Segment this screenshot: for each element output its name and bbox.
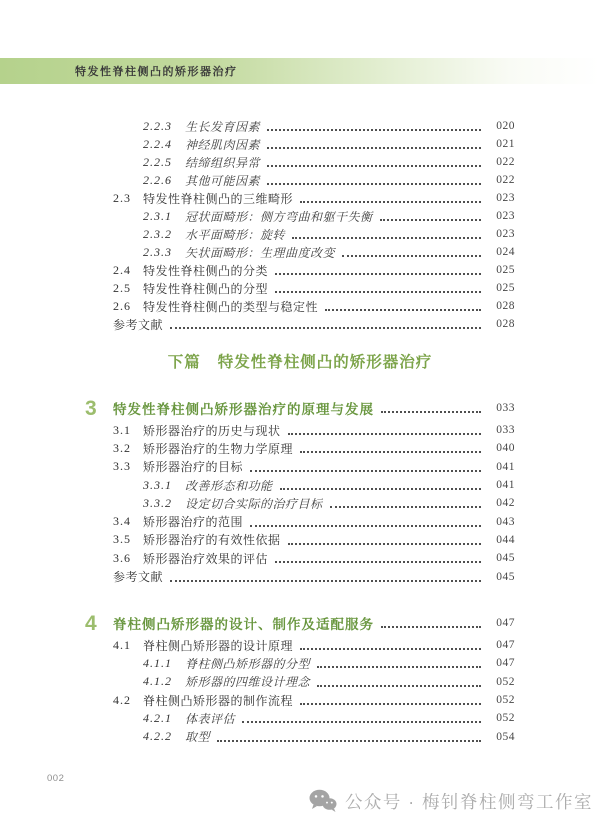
toc-entry-number: 4.1 [113, 638, 143, 653]
dot-leader [275, 265, 481, 275]
chapter-title: 脊柱侧凸矫形器的设计、制作及适配服务 [113, 613, 374, 633]
toc-entry-title: 水平面畸形：旋转 [185, 226, 285, 243]
toc-entry-title: 脊柱侧凸矫形器的设计原理 [143, 637, 293, 654]
part-title-text: 特发性脊柱侧凸的矫形器治疗 [218, 354, 433, 371]
dot-leader [292, 229, 481, 239]
dot-leader [381, 618, 481, 628]
toc-entry-page: 041 [485, 479, 515, 491]
dot-leader [288, 425, 481, 435]
toc-entry-page: 047 [485, 657, 515, 669]
dot-leader [242, 713, 481, 723]
toc-entry: 2.3.3 矢状面畸形：生理曲度改变 024 [113, 243, 515, 261]
dot-leader [275, 553, 481, 563]
toc-entry-number: 4.1.2 [143, 674, 185, 689]
toc-entry-title: 脊柱侧凸矫形器的分型 [185, 655, 310, 672]
chapter-4-entries: 4.1 脊柱侧凸矫形器的设计原理 047 4.1.1 脊柱侧凸矫形器的分型 04… [113, 636, 515, 746]
toc-entry: 4.1 脊柱侧凸矫形器的设计原理 047 [113, 636, 515, 654]
chapter-3-block: 3 特发性脊柱侧凸矫形器治疗的原理与发展 033 3.1 矫形器治疗的历史与现状… [85, 395, 515, 586]
toc-entry-page: 052 [485, 694, 515, 706]
dot-leader [280, 480, 481, 490]
toc-entry: 2.3 特发性脊柱侧凸的三维畸形 023 [113, 189, 515, 207]
toc-entry-title: 脊柱侧凸矫形器的制作流程 [143, 692, 293, 709]
toc-entry: 3.3.1 改善形态和功能 041 [113, 476, 515, 494]
toc-entry-page: 023 [485, 228, 515, 240]
toc-entry-number: 3.6 [113, 551, 143, 566]
dot-leader [317, 677, 481, 687]
toc-entry-title: 矢状面畸形：生理曲度改变 [185, 244, 335, 261]
dot-leader [380, 211, 481, 221]
toc-entry-number: 2.2.3 [143, 119, 185, 134]
toc-entry-page: 028 [485, 318, 515, 330]
toc-entry-number: 2.6 [113, 299, 143, 314]
toc-upper-section: 2.2.3 生长发育因素 020 2.2.4 神经肌肉因素 021 2.2.5 … [113, 117, 515, 333]
toc-entry-number: 3.3.2 [143, 496, 185, 511]
dot-leader [267, 175, 481, 185]
toc-entry-title: 特发性脊柱侧凸的三维畸形 [143, 190, 293, 207]
toc-entry-number: 3.4 [113, 514, 143, 529]
toc-entry-page: 021 [485, 138, 515, 150]
part-divider-title: 下篇特发性脊柱侧凸的矫形器治疗 [85, 350, 515, 372]
toc-entry: 3.5 矫形器治疗的有效性依据 044 [113, 531, 515, 549]
toc-entry-page: 044 [485, 534, 515, 546]
toc-entry-title: 矫形器治疗的范围 [143, 513, 243, 530]
dot-leader [325, 301, 481, 311]
toc-entry-title: 其他可能因素 [185, 172, 260, 189]
chapter-heading: 4 脊柱侧凸矫形器的设计、制作及适配服务 047 [85, 610, 515, 636]
toc-entry-number: 4.2.2 [143, 729, 185, 744]
chapter-number: 3 [85, 398, 113, 419]
toc-entry-page: 033 [485, 424, 515, 436]
chapter-page: 033 [485, 402, 515, 414]
toc-entry-title: 矫形器治疗的目标 [143, 458, 243, 475]
dot-leader [342, 247, 481, 257]
dot-leader [250, 517, 481, 527]
toc-entry-number: 3.3.1 [143, 478, 185, 493]
toc-entry-number: 3.2 [113, 441, 143, 456]
toc-entry-title: 特发性脊柱侧凸的分型 [143, 280, 268, 297]
running-head-bar: 特发性脊柱侧凸的矫形器治疗 [0, 58, 600, 84]
toc-entry-number: 2.5 [113, 281, 143, 296]
chapter-title: 特发性脊柱侧凸矫形器治疗的原理与发展 [113, 398, 374, 418]
toc-entry-page: 022 [485, 156, 515, 168]
dot-leader [300, 695, 481, 705]
toc-entry-page: 028 [485, 300, 515, 312]
toc-entry: 2.3.2 水平面畸形：旋转 023 [113, 225, 515, 243]
dot-leader [217, 732, 481, 742]
dot-leader [267, 139, 481, 149]
chapter-3-entries: 3.1 矫形器治疗的历史与现状 033 3.2 矫形器治疗的生物力学原理 040… [113, 421, 515, 586]
toc-entry: 2.5 特发性脊柱侧凸的分型 025 [113, 279, 515, 297]
toc-entry: 2.3.1 冠状面畸形：侧方弯曲和躯干失衡 023 [113, 207, 515, 225]
toc-entry: 4.2.2 取型 054 [113, 727, 515, 745]
toc-entry: 3.3.2 设定切合实际的治疗目标 042 [113, 494, 515, 512]
toc-entry-number: 2.2.6 [143, 173, 185, 188]
toc-entry-page: 052 [485, 712, 515, 724]
dot-leader [381, 403, 481, 413]
toc-entry-page: 040 [485, 442, 515, 454]
toc-entry-title: 矫形器治疗的历史与现状 [143, 422, 281, 439]
toc-entry-page: 023 [485, 210, 515, 222]
toc-entry-page: 025 [485, 282, 515, 294]
toc-entry: 2.2.5 结缔组织异常 022 [113, 153, 515, 171]
toc-entry: 2.2.4 神经肌肉因素 021 [113, 135, 515, 153]
dot-leader [300, 640, 481, 650]
toc-entry-number: 4.2.1 [143, 711, 185, 726]
toc-entry-title: 矫形器治疗的生物力学原理 [143, 440, 293, 457]
toc-entry-number: 2.3 [113, 191, 143, 206]
toc-entry-title: 特发性脊柱侧凸的分类 [143, 262, 268, 279]
dot-leader [275, 283, 481, 293]
toc-entry-title: 结缔组织异常 [185, 154, 260, 171]
watermark: 公众号 · 梅钊脊柱侧弯工作室 [309, 786, 593, 816]
toc-entry-number: 2.2.4 [143, 137, 185, 152]
dot-leader [267, 157, 481, 167]
toc-entry: 2.6 特发性脊柱侧凸的类型与稳定性 028 [113, 297, 515, 315]
toc-entry: 4.2 脊柱侧凸矫形器的制作流程 052 [113, 691, 515, 709]
toc-entry-title: 矫形器治疗效果的评估 [143, 550, 268, 567]
toc-entry-title: 矫形器治疗的有效性依据 [143, 531, 281, 548]
toc-entry-page: 022 [485, 174, 515, 186]
dot-leader [330, 498, 481, 508]
chapter-4-block: 4 脊柱侧凸矫形器的设计、制作及适配服务 047 4.1 脊柱侧凸矫形器的设计原… [85, 610, 515, 746]
toc-entry-title: 冠状面畸形：侧方弯曲和躯干失衡 [185, 208, 373, 225]
toc-entry-page: 052 [485, 676, 515, 688]
toc-entry: 2.4 特发性脊柱侧凸的分类 025 [113, 261, 515, 279]
toc-entry-page: 054 [485, 731, 515, 743]
toc-entry-number: 2.3.3 [143, 245, 185, 260]
toc-entry: 2.2.6 其他可能因素 022 [113, 171, 515, 189]
toc-entry-number: 3.1 [113, 423, 143, 438]
chapter-page: 047 [485, 617, 515, 629]
toc-entry-title: 特发性脊柱侧凸的类型与稳定性 [143, 298, 318, 315]
toc-entry-page: 041 [485, 461, 515, 473]
page-number: 002 [47, 773, 64, 784]
toc-entry-number: 3.5 [113, 532, 143, 547]
part-label: 下篇 [168, 354, 201, 371]
toc-entry-page: 020 [485, 120, 515, 132]
toc-entry-title: 矫形器的四维设计理念 [185, 673, 310, 690]
toc-entry-title: 神经肌肉因素 [185, 136, 260, 153]
toc-entry: 3.1 矫形器治疗的历史与现状 033 [113, 421, 515, 439]
toc-entry-page: 024 [485, 246, 515, 258]
dot-leader [317, 658, 481, 668]
toc-entry: 参考文献 045 [113, 567, 515, 585]
toc-entry: 参考文献 028 [113, 315, 515, 333]
watermark-text: 公众号 · 梅钊脊柱侧弯工作室 [345, 789, 593, 814]
toc-entry-title: 改善形态和功能 [185, 477, 273, 494]
toc-entry: 4.1.1 脊柱侧凸矫形器的分型 047 [113, 654, 515, 672]
toc-entry-page: 045 [485, 571, 515, 583]
toc-entry-title: 设定切合实际的治疗目标 [185, 495, 323, 512]
toc-entry-title: 取型 [185, 728, 210, 745]
dot-leader [267, 121, 481, 131]
toc-entry: 4.2.1 体表评估 052 [113, 709, 515, 727]
toc-entry-number: 2.2.5 [143, 155, 185, 170]
toc-entry-title: 参考文献 [113, 316, 163, 333]
toc-entry-title: 参考文献 [113, 568, 163, 585]
toc-entry: 4.1.2 矫形器的四维设计理念 052 [113, 673, 515, 691]
toc-entry-number: 3.3 [113, 459, 143, 474]
toc-entry-page: 045 [485, 552, 515, 564]
toc-entry-page: 043 [485, 516, 515, 528]
running-head-title: 特发性脊柱侧凸的矫形器治疗 [75, 63, 238, 79]
toc-entry: 3.6 矫形器治疗效果的评估 045 [113, 549, 515, 567]
toc-entry-number: 2.3.2 [143, 227, 185, 242]
toc-entry-number: 2.4 [113, 263, 143, 278]
toc-entry-page: 025 [485, 264, 515, 276]
toc-entry-page: 023 [485, 192, 515, 204]
toc-entry-title: 体表评估 [185, 710, 235, 727]
chapter-heading: 3 特发性脊柱侧凸矫形器治疗的原理与发展 033 [85, 395, 515, 421]
dot-leader [170, 319, 481, 329]
toc-entry-title: 生长发育因素 [185, 118, 260, 135]
toc-entry: 3.4 矫形器治疗的范围 043 [113, 512, 515, 530]
chapter-number: 4 [85, 613, 113, 634]
dot-leader [300, 443, 481, 453]
dot-leader [170, 572, 481, 582]
dot-leader [250, 462, 481, 472]
toc-entry: 2.2.3 生长发育因素 020 [113, 117, 515, 135]
toc-entry: 3.3 矫形器治疗的目标 041 [113, 458, 515, 476]
dot-leader [300, 193, 481, 203]
toc-entry-page: 047 [485, 639, 515, 651]
toc-entry-number: 2.3.1 [143, 209, 185, 224]
wechat-icon [309, 789, 337, 813]
dot-leader [288, 535, 481, 545]
toc-entry-number: 4.1.1 [143, 656, 185, 671]
toc-entry-page: 042 [485, 497, 515, 509]
toc-entry: 3.2 矫形器治疗的生物力学原理 040 [113, 439, 515, 457]
toc-entry-number: 4.2 [113, 693, 143, 708]
